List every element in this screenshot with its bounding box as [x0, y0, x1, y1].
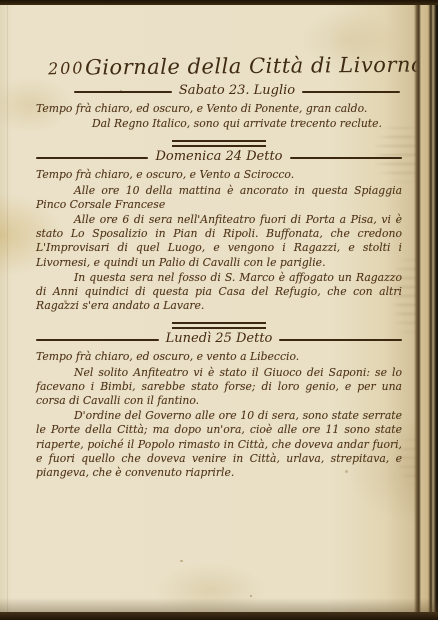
rule-line: [74, 91, 172, 93]
date-label: Sabato 23. Luglio: [172, 83, 302, 98]
rule-line: [302, 91, 400, 93]
date-header: Sabato 23. Luglio: [74, 84, 400, 99]
scan-edge-top: [0, 0, 438, 5]
weather-line: Tempo frà chiaro, ed oscuro, e vento a L…: [36, 350, 402, 364]
paper-speck: [250, 595, 252, 597]
book-page-edges: [414, 0, 438, 620]
page-number: 200: [36, 58, 85, 79]
section-divider: [172, 140, 266, 147]
section-divider: [172, 322, 266, 329]
journal-entry: Lunedì 25 Detto Tempo frà chiaro, ed osc…: [36, 332, 402, 480]
entry-paragraph: In questa sera nel fosso di S. Marco è a…: [36, 271, 402, 314]
rule-line: [36, 157, 148, 159]
scan-edge-bottom: [0, 612, 438, 620]
entry-paragraph: Alle ore 6 di sera nell'Anfiteatro fuori…: [36, 213, 402, 270]
page-bottom-shadow: [0, 598, 438, 612]
page-title: Giornale della Città di Livorno: [84, 53, 423, 80]
journal-entry: Domenica 24 Detto Tempo frà chiaro, e os…: [36, 150, 402, 313]
paper-crease: [7, 0, 8, 620]
entry-paragraph: Alle ore 10 della mattina è ancorato in …: [36, 184, 402, 212]
paper-speck: [180, 560, 183, 562]
rule-line: [36, 339, 159, 341]
date-header: Lunedì 25 Detto: [36, 332, 402, 347]
date-label: Lunedì 25 Detto: [159, 331, 280, 346]
entry-paragraph: Dal Regno Italico, sono qui arrivate tre…: [36, 117, 402, 131]
entry-paragraph: D'ordine del Governo alle ore 10 di sera…: [36, 409, 402, 480]
date-label: Domenica 24 Detto: [148, 149, 289, 164]
rule-line: [290, 157, 402, 159]
weather-line: Tempo frà chiaro, e oscuro, e Vento a Sc…: [36, 168, 402, 182]
manuscript-page: 200 Giornale della Città di Livorno Saba…: [36, 0, 402, 481]
entry-paragraph: Nel solito Anfiteatro vi è stato il Giuo…: [36, 366, 402, 409]
page-header: 200 Giornale della Città di Livorno: [36, 44, 402, 78]
date-header: Domenica 24 Detto: [36, 150, 402, 165]
rule-line: [279, 339, 402, 341]
weather-line: Tempo frà chiaro, ed oscuro, e Vento di …: [36, 102, 402, 116]
journal-entry: Sabato 23. Luglio Tempo frà chiaro, ed o…: [36, 84, 402, 131]
